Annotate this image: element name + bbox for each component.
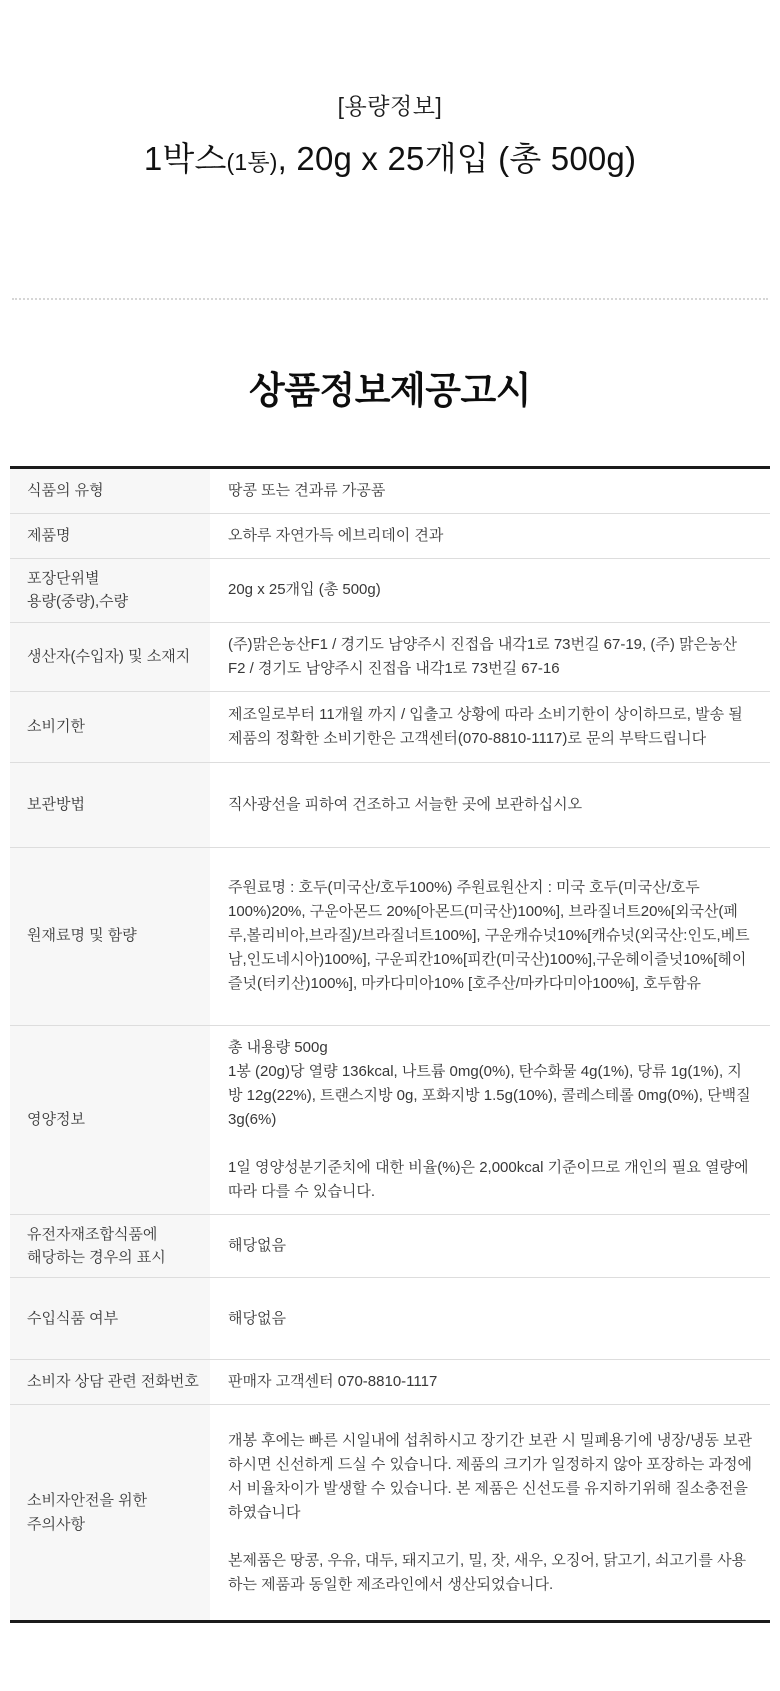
- table-row-gmo: 유전자재조합식품에 해당하는 경우의 표시 해당없음: [10, 1215, 770, 1279]
- table-row-nutrition: 영양정보 총 내용량 500g 1봉 (20g)당 열량 136kcal, 나트…: [10, 1026, 770, 1215]
- capacity-unit-note: (1통): [227, 149, 278, 175]
- table-row-customer-phone: 소비자 상담 관련 전화번호 판매자 고객센터 070-8810-1117: [10, 1360, 770, 1405]
- product-info-page: [용량정보] 1박스(1통), 20g x 25개입 (총 500g) 상품정보…: [0, 0, 780, 1691]
- table-row-expiration: 소비기한 제조일로부터 11개월 까지 / 입출고 상황에 따라 소비기한이 상…: [10, 692, 770, 763]
- capacity-header: [용량정보] 1박스(1통), 20g x 25개입 (총 500g): [0, 0, 780, 180]
- row-label: 제품명: [10, 514, 210, 558]
- row-value: 판매자 고객센터 070-8810-1117: [210, 1360, 770, 1404]
- row-label: 유전자재조합식품에 해당하는 경우의 표시: [10, 1215, 210, 1278]
- row-label: 생산자(수입자) 및 소재지: [10, 623, 210, 691]
- row-label: 식품의 유형: [10, 469, 210, 513]
- row-value: 제조일로부터 11개월 까지 / 입출고 상황에 따라 소비기한이 상이하므로,…: [210, 692, 770, 762]
- row-value: 오하루 자연가득 에브리데이 견과: [210, 514, 770, 558]
- page-title: 상품정보제공고시: [0, 360, 780, 414]
- capacity-box-count: 1박스: [144, 140, 227, 177]
- row-label: 소비기한: [10, 692, 210, 762]
- row-value: 해당없음: [210, 1215, 770, 1278]
- row-value: 개봉 후에는 빠른 시일내에 섭취하시고 장기간 보관 시 밀폐용기에 냉장/냉…: [210, 1405, 770, 1620]
- row-value: 직사광선을 피하여 건조하고 서늘한 곳에 보관하십시오: [210, 763, 770, 847]
- product-info-table: 식품의 유형 땅콩 또는 견과류 가공품 제품명 오하루 자연가득 에브리데이 …: [10, 466, 770, 1623]
- table-row-food-type: 식품의 유형 땅콩 또는 견과류 가공품: [10, 469, 770, 514]
- capacity-detail: , 20g x 25개입 (총 500g): [278, 140, 637, 177]
- row-label: 영양정보: [10, 1026, 210, 1214]
- table-row-safety-warning: 소비자안전을 위한 주의사항 개봉 후에는 빠른 시일내에 섭취하시고 장기간 …: [10, 1405, 770, 1620]
- capacity-value: 1박스(1통), 20g x 25개입 (총 500g): [0, 133, 780, 180]
- row-label: 소비자 상담 관련 전화번호: [10, 1360, 210, 1404]
- row-label: 소비자안전을 위한 주의사항: [10, 1405, 210, 1620]
- table-row-storage: 보관방법 직사광선을 피하여 건조하고 서늘한 곳에 보관하십시오: [10, 763, 770, 848]
- row-value: 총 내용량 500g 1봉 (20g)당 열량 136kcal, 나트륨 0mg…: [210, 1026, 770, 1214]
- table-row-producer-location: 생산자(수입자) 및 소재지 (주)맑은농산F1 / 경기도 남양주시 진접읍 …: [10, 623, 770, 692]
- table-row-product-name: 제품명 오하루 자연가득 에브리데이 견과: [10, 514, 770, 559]
- row-value: 해당없음: [210, 1278, 770, 1359]
- table-row-imported-food: 수입식품 여부 해당없음: [10, 1278, 770, 1360]
- row-label: 원재료명 및 함량: [10, 848, 210, 1025]
- table-row-package-unit: 포장단위별 용량(중량),수량 20g x 25개입 (총 500g): [10, 559, 770, 623]
- row-label: 포장단위별 용량(중량),수량: [10, 559, 210, 622]
- row-value: 20g x 25개입 (총 500g): [210, 559, 770, 622]
- row-label: 수입식품 여부: [10, 1278, 210, 1359]
- capacity-section-label: [용량정보]: [0, 88, 780, 121]
- row-label: 보관방법: [10, 763, 210, 847]
- row-value: (주)맑은농산F1 / 경기도 남양주시 진접읍 내각1로 73번길 67-19…: [210, 623, 770, 691]
- row-value: 땅콩 또는 견과류 가공품: [210, 469, 770, 513]
- table-row-ingredients: 원재료명 및 함량 주원료명 : 호두(미국산/호두100%) 주원료원산지 :…: [10, 848, 770, 1026]
- row-value: 주원료명 : 호두(미국산/호두100%) 주원료원산지 : 미국 호두(미국산…: [210, 848, 770, 1025]
- dotted-divider: [12, 298, 768, 300]
